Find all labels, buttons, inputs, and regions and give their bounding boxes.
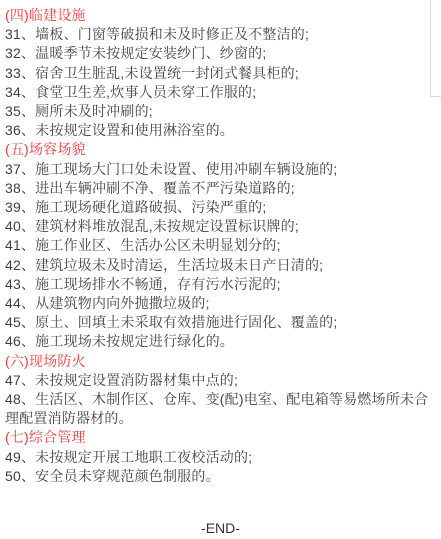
list-item-47: 47、未按规定设置消防器材集中点的;: [5, 371, 429, 390]
list-item-31: 31、墙板、门窗等破损和未及时修正及不整洁的;: [5, 25, 429, 44]
list-item-41: 41、施工作业区、生活办公区未明显划分的;: [5, 236, 429, 255]
section-heading-7: (七)综合管理: [5, 428, 429, 447]
list-item-34: 34、食堂卫生差,炊事人员未穿工作服的;: [5, 83, 429, 102]
end-marker: -END-: [0, 519, 441, 538]
list-item-50: 50、安全员未穿规范颜色制服的。: [5, 467, 429, 486]
list-item-43: 43、施工现场排水不畅通，存有污水污泥的;: [5, 275, 429, 294]
list-item-35: 35、厕所未及时冲刷的;: [5, 102, 429, 121]
section-heading-5: (五)场容场貌: [5, 140, 429, 159]
list-item-48: 48、生活区、木制作区、仓库、变(配)电室、配电箱等易燃场所未合理配置消防器材的…: [5, 390, 429, 428]
list-item-44: 44、从建筑物内向外抛撒垃圾的;: [5, 294, 429, 313]
list-item-38: 38、进出车辆冲刷不净、覆盖不严污染道路的;: [5, 179, 429, 198]
list-item-36: 36、未按规定设置和使用淋浴室的。: [5, 121, 429, 140]
list-item-39: 39、施工现场硬化道路破损、污染严重的;: [5, 198, 429, 217]
list-item-37: 37、施工现场大门口处未设置、使用冲刷车辆设施的;: [5, 160, 429, 179]
section-heading-6: (六)现场防火: [5, 352, 429, 371]
list-item-40: 40、建筑材料堆放混乱,未按规定设置标识牌的;: [5, 217, 429, 236]
document-body: (四)临建设施 31、墙板、门窗等破损和未及时修正及不整洁的; 32、温暖季节未…: [0, 0, 441, 486]
list-item-32: 32、温暖季节未按规定安装纱门、纱窗的;: [5, 44, 429, 63]
list-item-49: 49、未按规定开展工地职工夜校活动的;: [5, 448, 429, 467]
section-heading-4: (四)临建设施: [5, 6, 429, 25]
list-item-46: 46、施工现场未按规定进行绿化的。: [5, 332, 429, 351]
list-item-45: 45、原土、回填土未采取有效措施进行固化、覆盖的;: [5, 313, 429, 332]
list-item-33: 33、宿舍卫生脏乱,未设置统一封闭式餐具柜的;: [5, 64, 429, 83]
list-item-42: 42、建筑垃圾未及时清运，生活垃圾未日产日清的;: [5, 256, 429, 275]
overlay-panel-border: [430, 0, 441, 97]
